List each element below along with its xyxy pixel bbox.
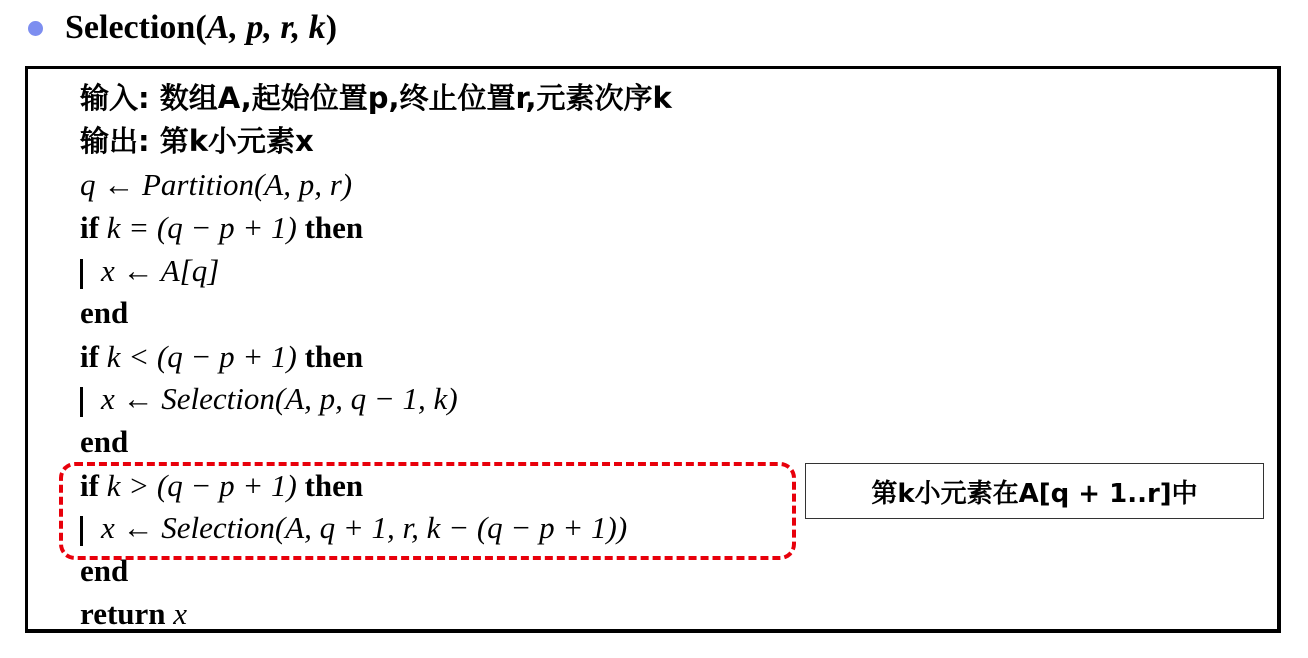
- function-name: Selection: [65, 9, 195, 47]
- bullet-icon: [28, 21, 43, 36]
- algo-line-11: return x: [80, 593, 187, 635]
- line-body: x ← A[q]: [101, 253, 219, 288]
- close-paren: ): [326, 9, 337, 47]
- annotation-box: 第k小元素在A[q + 1..r]中: [805, 463, 1264, 519]
- keyword-end: end: [80, 424, 128, 459]
- condition: k = (q − p + 1): [107, 210, 297, 245]
- algo-line-5: if k < (q − p + 1) then: [80, 336, 363, 378]
- algo-line-2: if k = (q − p + 1) then: [80, 207, 363, 249]
- block-bar: [80, 259, 83, 289]
- keyword-if: if: [80, 210, 99, 245]
- keyword-end: end: [80, 295, 128, 330]
- algo-line-6: x ← Selection(A, p, q − 1, k): [68, 378, 458, 420]
- keyword-then: then: [305, 210, 364, 245]
- highlight-dashed-box: [59, 462, 796, 560]
- keyword-return: return: [80, 596, 166, 631]
- slide-title: Selection ( A, p, r, k ): [28, 4, 337, 52]
- output-line: 输出: 第k小元素x: [80, 120, 314, 162]
- keyword-if: if: [80, 339, 99, 374]
- algo-line-7: end: [80, 421, 128, 463]
- line-body: q ← Partition(A, p, r): [80, 167, 352, 202]
- input-label: 输入:: [80, 81, 150, 115]
- line-body: x ← Selection(A, p, q − 1, k): [101, 381, 458, 416]
- output-text: 第k小元素x: [160, 124, 314, 158]
- output-label: 输出:: [80, 124, 150, 158]
- annotation-text: 第k小元素在A[q + 1..r]中: [871, 473, 1197, 510]
- condition: k < (q − p + 1): [107, 339, 297, 374]
- input-text: 数组A,起始位置p,终止位置r,元素次序k: [160, 81, 672, 115]
- open-paren: (: [195, 9, 206, 47]
- algo-line-1: q ← Partition(A, p, r): [80, 164, 352, 206]
- block-bar: [80, 387, 83, 417]
- return-value: x: [173, 596, 187, 631]
- keyword-then: then: [305, 339, 364, 374]
- algo-line-4: end: [80, 292, 128, 334]
- input-line: 输入: 数组A,起始位置p,终止位置r,元素次序k: [80, 77, 672, 119]
- function-args: A, p, r, k: [207, 9, 326, 47]
- algo-line-3: x ← A[q]: [68, 250, 219, 292]
